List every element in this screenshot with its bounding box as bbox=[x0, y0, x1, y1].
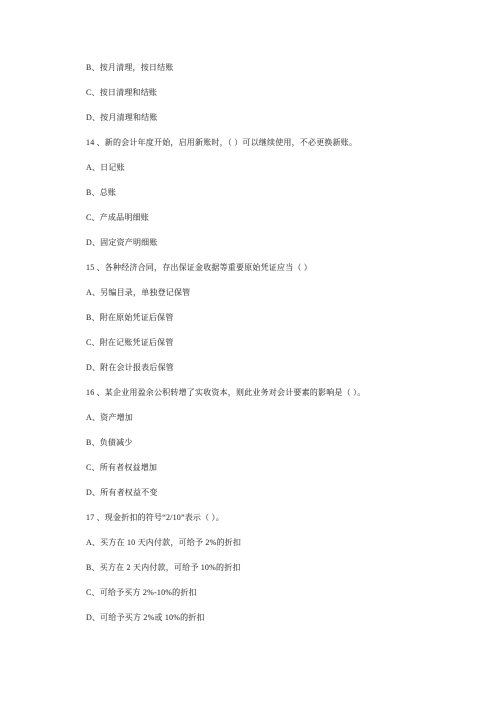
question-16-option-c: C、所有者权益增加 bbox=[86, 455, 480, 480]
orphan-option-line-d: D、按月清理和结账 bbox=[86, 105, 480, 130]
question-16-stem: 16 、某企业用盈余公积转增了实收资本，则此业务对会计要素的影响是（ ）。 bbox=[86, 380, 480, 405]
question-15-option-c: C、附在记账凭证后保管 bbox=[86, 330, 480, 355]
orphan-option-line-c: C、按日清理和结账 bbox=[86, 80, 480, 105]
question-15-option-d: D、附在会计报表后保管 bbox=[86, 355, 480, 380]
question-15-option-a: A、另编目录，单独登记保管 bbox=[86, 280, 480, 305]
question-14-stem: 14 、新的会计年度开始，启用新账时，（ ）可以继续使用，不必更换新账。 bbox=[86, 130, 480, 155]
question-17-option-d: D、可给予买方 2%或 10%的折扣 bbox=[86, 605, 480, 630]
exam-text-block: B、按月清理，按日结账 C、按日清理和结账 D、按月清理和结账 14 、新的会计… bbox=[86, 55, 480, 630]
question-17-option-c: C、可给予买方 2%-10%的折扣 bbox=[86, 580, 480, 605]
question-17-option-b: B、买方在 2 天内付款，可给予 10%的折扣 bbox=[86, 555, 480, 580]
question-14-option-b: B、总账 bbox=[86, 180, 480, 205]
question-16-option-d: D、所有者权益不变 bbox=[86, 480, 480, 505]
orphan-option-line-b: B、按月清理，按日结账 bbox=[86, 55, 480, 80]
question-15-option-b: B、附在原始凭证后保管 bbox=[86, 305, 480, 330]
scanned-exam-page: B、按月清理，按日结账 C、按日清理和结账 D、按月清理和结账 14 、新的会计… bbox=[0, 0, 500, 707]
question-17-option-a: A、买方在 10 天内付款，可给予 2%的折扣 bbox=[86, 530, 480, 555]
question-14-option-a: A、日记账 bbox=[86, 155, 480, 180]
question-16-option-a: A、资产增加 bbox=[86, 405, 480, 430]
question-14-option-c: C、产成品明细账 bbox=[86, 205, 480, 230]
question-15-stem: 15 、各种经济合同，存出保证金收据等重要原始凭证应当（ ） bbox=[86, 255, 480, 280]
question-17-stem: 17 、现金折扣的符号“2/10”表示（ ）。 bbox=[86, 505, 480, 530]
question-14-option-d: D、固定资产明细账 bbox=[86, 230, 480, 255]
question-16-option-b: B、负债减少 bbox=[86, 430, 480, 455]
